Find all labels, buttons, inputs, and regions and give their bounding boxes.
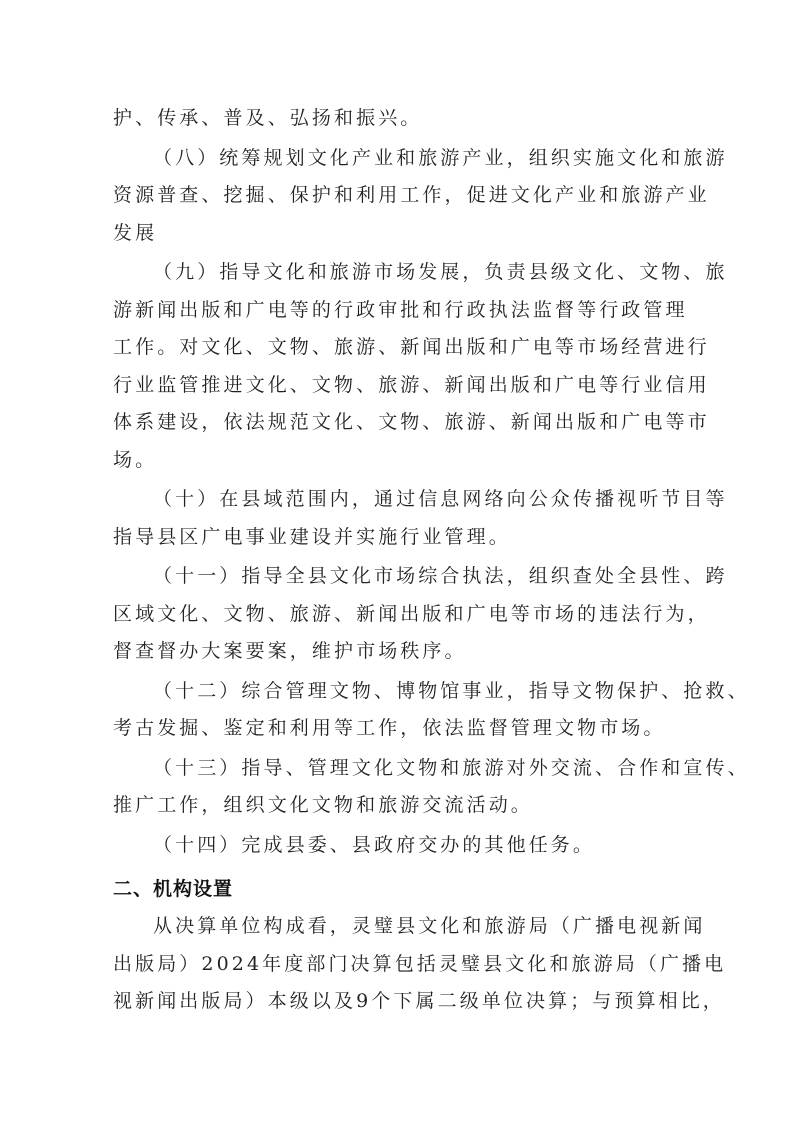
text-line: 场。	[113, 442, 683, 480]
paragraph-item-8: （八）统筹规划文化产业和旅游产业，组织实施文化和旅游 资源普查、挖掘、保护和利用…	[113, 140, 683, 253]
document-page: 护、传承、普及、弘扬和振兴。 （八）统筹规划文化产业和旅游产业，组织实施文化和旅…	[113, 100, 683, 1023]
text-line: 考古发掘、鉴定和利用等工作，依法监督管理文物市场。	[113, 710, 683, 748]
text-line: 游新闻出版和广电等的行政审批和行政执法监督等行政管理	[113, 292, 683, 330]
paragraph-item-13: （十三）指导、管理文化文物和旅游对外交流、合作和宣传、 推广工作，组织文化文物和…	[113, 750, 683, 825]
paragraph-continuation: 护、传承、普及、弘扬和振兴。	[113, 100, 683, 138]
text-line: 从决算单位构成看，灵璧县文化和旅游局（广播电视新闻	[113, 908, 683, 946]
text-line: （九）指导文化和旅游市场发展，负责县级文化、文物、旅	[113, 254, 683, 292]
text-line: 出版局）2024年度部门决算包括灵璧县文化和旅游局（广播电	[113, 946, 683, 984]
text-line: （十三）指导、管理文化文物和旅游对外交流、合作和宣传、	[113, 750, 683, 788]
text-line: （十二）综合管理文物、博物馆事业，指导文物保护、抢救、	[113, 673, 683, 711]
text-line: 区域文化、文物、旅游、新闻出版和广电等市场的违法行为，	[113, 596, 683, 634]
text-line: 视新闻出版局）本级以及9个下属二级单位决算；与预算相比，	[113, 983, 683, 1021]
paragraph-item-9: （九）指导文化和旅游市场发展，负责县级文化、文物、旅 游新闻出版和广电等的行政审…	[113, 254, 683, 479]
section-heading: 二、机构设置	[113, 870, 683, 908]
paragraph-section-body: 从决算单位构成看，灵璧县文化和旅游局（广播电视新闻 出版局）2024年度部门决算…	[113, 908, 683, 1021]
paragraph-item-14: （十四）完成县委、县政府交办的其他任务。	[113, 827, 683, 865]
text-line: （十一）指导全县文化市场综合执法，组织查处全县性、跨	[113, 558, 683, 596]
text-line: （十）在县域范围内，通过信息网络向公众传播视听节目等	[113, 481, 683, 519]
text-line: 行业监管推进文化、文物、旅游、新闻出版和广电等行业信用	[113, 367, 683, 405]
text-line: 资源普查、挖掘、保护和利用工作，促进文化产业和旅游产业	[113, 177, 683, 215]
paragraph-item-11: （十一）指导全县文化市场综合执法，组织查处全县性、跨 区域文化、文物、旅游、新闻…	[113, 558, 683, 671]
text-line: 护、传承、普及、弘扬和振兴。	[113, 100, 683, 138]
text-line: （十四）完成县委、县政府交办的其他任务。	[113, 827, 683, 865]
text-line: 督查督办大案要案，维护市场秩序。	[113, 633, 683, 671]
text-line: 指导县区广电事业建设并实施行业管理。	[113, 519, 683, 557]
paragraph-item-10: （十）在县域范围内，通过信息网络向公众传播视听节目等 指导县区广电事业建设并实施…	[113, 481, 683, 556]
paragraph-item-12: （十二）综合管理文物、博物馆事业，指导文物保护、抢救、 考古发掘、鉴定和利用等工…	[113, 673, 683, 748]
text-line: 工作。对文化、文物、旅游、新闻出版和广电等市场经营进行	[113, 329, 683, 367]
text-line: 发展	[113, 215, 683, 253]
text-line: 体系建设，依法规范文化、文物、旅游、新闻出版和广电等市	[113, 404, 683, 442]
text-line: （八）统筹规划文化产业和旅游产业，组织实施文化和旅游	[113, 140, 683, 178]
text-line: 推广工作，组织文化文物和旅游交流活动。	[113, 787, 683, 825]
